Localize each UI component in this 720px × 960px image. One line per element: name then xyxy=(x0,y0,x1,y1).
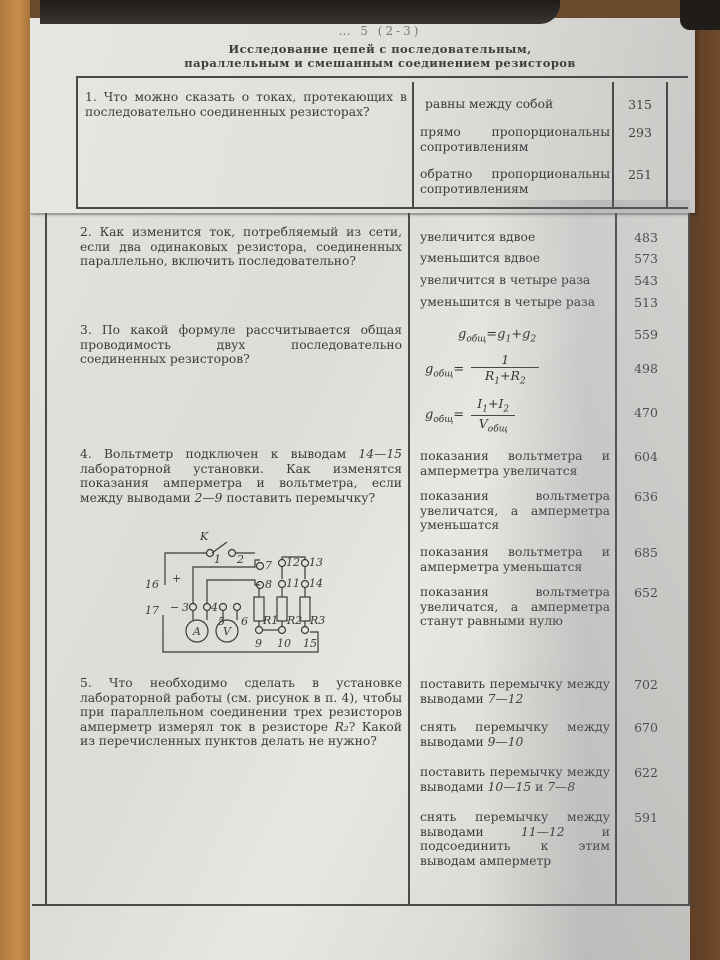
question-1: 1. Что можно сказать о токах, протекающи… xyxy=(85,90,407,119)
svg-text:R2: R2 xyxy=(286,614,302,627)
svg-text:17: 17 xyxy=(145,604,159,617)
svg-text:R1: R1 xyxy=(262,614,278,627)
answer-1-2: прямо пропорциональны сопротивлениям xyxy=(420,125,610,154)
svg-text:10: 10 xyxy=(277,637,291,650)
svg-text:15: 15 xyxy=(303,637,317,650)
svg-text:A: A xyxy=(192,625,201,638)
svg-text:R3: R3 xyxy=(309,614,325,627)
svg-text:4: 4 xyxy=(210,601,218,614)
title-line-2: параллельным и смешанным соединением рез… xyxy=(170,56,590,70)
svg-text:3: 3 xyxy=(182,601,189,614)
svg-text:+: + xyxy=(172,572,181,585)
answer-1-3: обратно пропорциональны сопротивлениям xyxy=(420,167,610,196)
circuit-diagram: K 1 2 + 16 17 − 3 4 5 6 7 8 9 10 11 12 1… xyxy=(135,530,365,660)
code-1-1: 315 xyxy=(610,97,670,112)
svg-text:8: 8 xyxy=(265,578,272,591)
page-header: … 5 (2-3) xyxy=(200,24,560,38)
svg-text:−: − xyxy=(170,601,179,614)
dark-object-top xyxy=(40,0,560,24)
wood-background-left xyxy=(0,0,30,960)
document-title: Исследование цепей с последовательным, п… xyxy=(170,42,590,70)
question-5: 5. Что необходимо сделать в установке ла… xyxy=(80,676,402,749)
svg-text:7: 7 xyxy=(265,559,272,572)
light-shadow xyxy=(480,200,690,960)
svg-text:2: 2 xyxy=(236,553,244,566)
svg-text:V: V xyxy=(223,625,232,638)
answer-1-1: равны между собой xyxy=(425,97,615,112)
code-1-3: 251 xyxy=(610,167,670,182)
svg-text:9: 9 xyxy=(255,637,262,650)
svg-text:11: 11 xyxy=(286,577,300,590)
svg-text:6: 6 xyxy=(241,615,248,628)
question-3: 3. По какой формуле рассчитывается общая… xyxy=(80,323,402,367)
svg-text:16: 16 xyxy=(145,578,159,591)
question-2: 2. Как изменится ток, потребляемый из се… xyxy=(80,225,402,269)
svg-text:1: 1 xyxy=(214,553,221,566)
title-line-1: Исследование цепей с последовательным, xyxy=(170,42,590,56)
svg-text:12: 12 xyxy=(286,556,300,569)
question-4: 4. Вольтметр подключен к выводам 14—15 л… xyxy=(80,447,402,505)
svg-text:K: K xyxy=(199,530,209,543)
code-1-2: 293 xyxy=(610,125,670,140)
dark-object-corner xyxy=(680,0,720,30)
svg-text:13: 13 xyxy=(309,556,323,569)
svg-text:14: 14 xyxy=(309,577,323,590)
